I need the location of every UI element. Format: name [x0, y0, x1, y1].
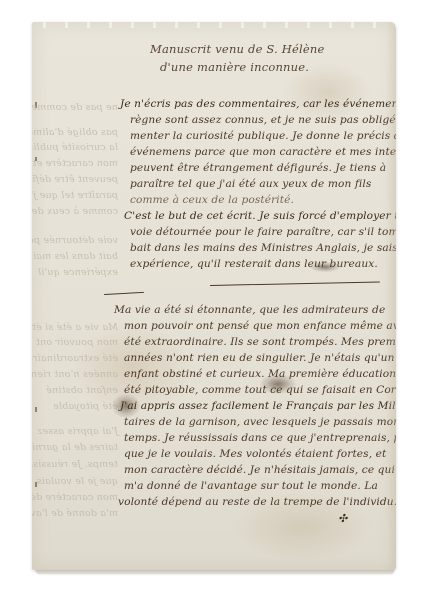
manuscript-line: peuvent être étrangement défigurés. Je t…: [130, 162, 386, 174]
photo-stage: ne pas de commentaires pas obligé d'alim…: [0, 0, 422, 600]
bleed-through-text: paraître tel que j'ai: [32, 190, 118, 201]
manuscript-page: ne pas de commentaires pas obligé d'alim…: [32, 22, 396, 570]
manuscript-line: bait dans les mains des Ministres Anglai…: [130, 242, 396, 254]
bleed-through-text: mon caractère décidé: [32, 492, 118, 503]
ink-smudge: [310, 262, 340, 272]
bleed-through-text: mon caractère et mes: [32, 158, 118, 169]
manuscript-line: mon caractère décidé. Je n'hésitais jama…: [124, 464, 395, 476]
bleed-through-text: J'ai appris assez: [37, 426, 118, 437]
bleed-through-text: que je le voulais: [37, 476, 118, 487]
manuscript-line: C'est le but de cet écrit. Je suis forcé…: [124, 210, 396, 222]
bleed-through-text: été extraordinaire: [32, 353, 118, 364]
manuscript-line: mon pouvoir ont pensé que mon enfance mê…: [124, 320, 396, 332]
manuscript-line: J'ai appris assez facilement le Français…: [120, 400, 396, 412]
end-flourish-mark: ✣: [338, 512, 347, 525]
manuscript-line: paraître tel que j'ai été aux yeux de mo…: [130, 178, 371, 190]
manuscript-title-line-1: Manuscrit venu de S. Hélène: [150, 42, 325, 56]
manuscript-line: m'a donné de l'avantage sur tout le mond…: [124, 480, 378, 492]
section-divider-rule: [104, 292, 144, 295]
bleed-through-text: expérience qu'il: [38, 267, 118, 278]
manuscript-line: années n'ont rien eu de singulier. Je n'…: [124, 352, 395, 364]
bleed-through-text: mon pouvoir ont pensé: [32, 337, 118, 348]
manuscript-line: règne sont assez connus, et je ne suis p…: [130, 114, 396, 126]
bleed-through-text: peuvent être défigurés: [32, 174, 118, 185]
manuscript-line: été extraordinaire. Ils se sont trompés.…: [124, 336, 396, 348]
bleed-through-text: pas obligé d'alimenter: [32, 127, 118, 138]
manuscript-line: temps. Je réussissais dans ce que j'entr…: [124, 432, 396, 444]
ink-smudge: [112, 394, 140, 418]
bleed-through-text: la curiosité publique: [32, 142, 118, 153]
page-edge-mark: [35, 407, 37, 412]
bleed-through-text: été pitoyable: [53, 401, 118, 412]
section-divider-rule: [210, 281, 380, 286]
bleed-through-text: Ma vie a été si étonnante: [32, 322, 118, 333]
bleed-through-text: années n'ont rien eu: [32, 369, 118, 380]
manuscript-line: comme à ceux de la postérité.: [130, 194, 294, 206]
bleed-through-text: m'a donné de l'avantage: [32, 508, 118, 519]
manuscript-line: taires de la garnison, avec lesquels je …: [124, 416, 396, 428]
manuscript-line: Je n'écris pas des commentaires, car les…: [120, 98, 396, 110]
manuscript-line: voie détournée pour le faire paraître, c…: [130, 226, 396, 238]
manuscript-line: menter la curiosité publique. Je donne l…: [130, 130, 396, 142]
manuscript-line: expérience, qu'il resterait dans leur bu…: [130, 258, 378, 270]
manuscript-title-line-2: d'une manière inconnue.: [160, 60, 309, 74]
manuscript-line: volonté dépend au reste de la trempe de …: [118, 496, 396, 508]
bleed-through-text: voie détournée pour: [32, 235, 118, 246]
ink-smudge: [260, 374, 296, 394]
bleed-through-text: ne pas de commentaires: [32, 102, 118, 113]
bleed-through-text: comme à ceux de la: [32, 206, 118, 217]
manuscript-line: enfant obstiné et curieux. Ma première é…: [124, 368, 396, 380]
bleed-through-text: temps. Je réussissais: [32, 459, 118, 470]
manuscript-line: que je le voulais. Mes volontés étaient …: [124, 448, 386, 460]
bleed-through-text: taires de la garnison: [32, 442, 118, 453]
bleed-through-text: bait dans les mains: [32, 251, 118, 262]
bleed-through-text: enfant obstiné: [46, 385, 118, 396]
manuscript-line: événemens parce que mon caractère et mes…: [130, 146, 396, 158]
manuscript-line: Ma vie a été si étonnante, que les admir…: [114, 304, 385, 316]
